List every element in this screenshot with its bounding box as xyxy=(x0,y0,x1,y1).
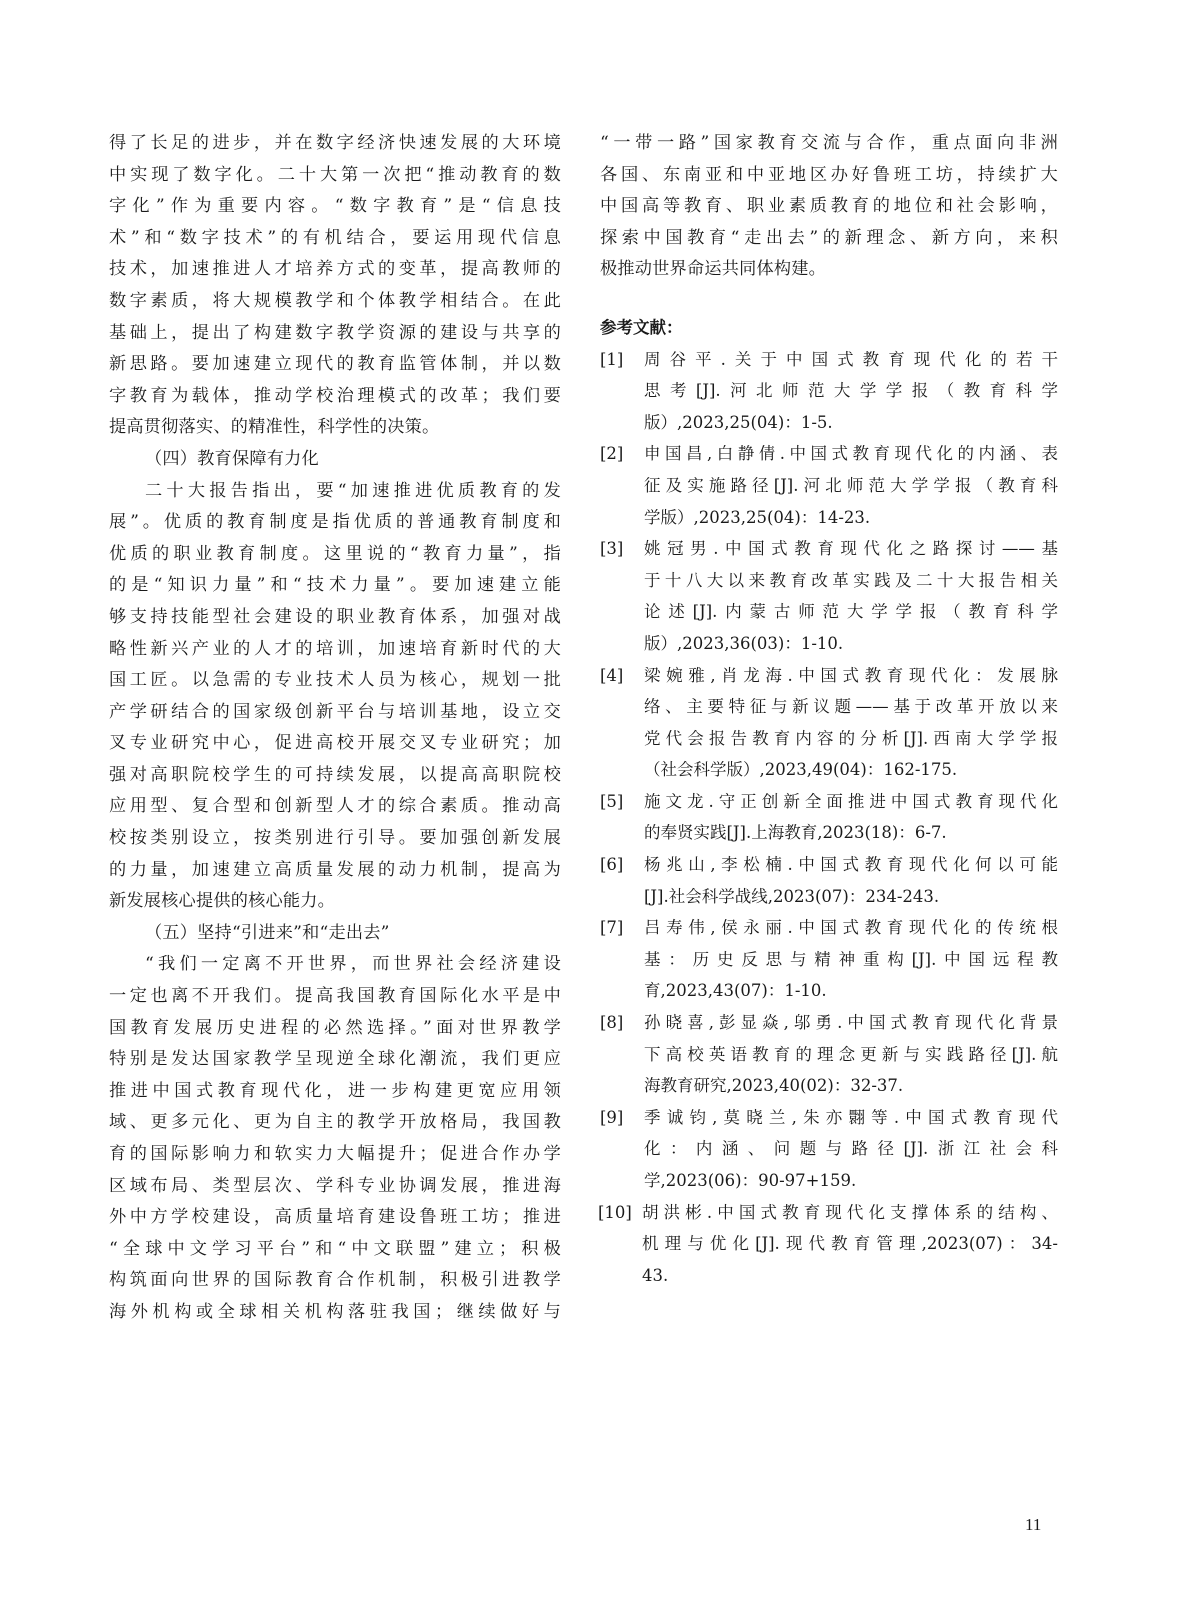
text-line: 的是“知识力量”和“技术力量”。要加速建立能 xyxy=(109,570,561,602)
reference-line: 的奉贤实践[J].上海教育,2023(18)：6-7. xyxy=(644,817,1058,849)
text-line: 探索中国教育“走出去”的新理念、新方向，来积 xyxy=(600,223,1058,255)
reference-number: [9] xyxy=(600,1102,644,1134)
reference-item: [8]孙晓喜,彭显焱,邬勇.中国式教育现代化背景下高校英语教育的理念更新与实践路… xyxy=(600,1007,1058,1102)
reference-line: 版）,2023,36(03)：1-10. xyxy=(644,628,1058,660)
text-line: 极推动世界命运共同体构建。 xyxy=(600,254,1058,286)
reference-number: [2] xyxy=(600,438,644,470)
reference-line: 学,2023(06)：90-97+159. xyxy=(644,1165,1058,1197)
reference-line: 版）,2023,25(04)：1-5. xyxy=(644,407,1058,439)
reference-line: 论述[J].内蒙古师范大学学报（教育科学 xyxy=(644,596,1058,628)
reference-line: 梁婉雅,肖龙海.中国式教育现代化：发展脉 xyxy=(644,660,1058,692)
text-line: 展”。优质的教育制度是指优质的普通教育制度和 xyxy=(109,507,561,539)
text-line: 字化”作为重要内容。“数字教育”是“信息技 xyxy=(109,191,561,223)
text-line: “一带一路”国家教育交流与合作，重点面向非洲 xyxy=(600,128,1058,160)
reference-line: 于十八大以来教育改革实践及二十大报告相关 xyxy=(644,565,1058,597)
reference-line: 征及实施路径[J].河北师范大学学报（教育科 xyxy=(644,470,1058,502)
section-heading: （五）坚持“引进来”和“走出去” xyxy=(109,918,561,950)
text-line: “我们一定离不开世界，而世界社会经济建设 xyxy=(109,949,561,981)
reference-item: [5]施文龙.守正创新全面推进中国式教育现代化的奉贤实践[J].上海教育,202… xyxy=(600,786,1058,849)
reference-item: [1]周谷平.关于中国式教育现代化的若干思考[J].河北师范大学学报（教育科学版… xyxy=(600,344,1058,439)
reference-line: 机理与优化[J].现代教育管理,2023(07)：34- xyxy=(642,1228,1058,1260)
reference-number: [3] xyxy=(600,533,644,565)
reference-item: [9]季诚钧,莫晓兰,朱亦翾等.中国式教育现代化：内涵、问题与路径[J].浙江社… xyxy=(600,1102,1058,1197)
reference-text: 施文龙.守正创新全面推进中国式教育现代化的奉贤实践[J].上海教育,2023(1… xyxy=(644,786,1058,849)
reference-item: [7]吕寿伟,侯永丽.中国式教育现代化的传统根基：历史反思与精神重构[J].中国… xyxy=(600,912,1058,1007)
text-line: 育的国际影响力和软实力大幅提升；促进合作办学 xyxy=(109,1139,561,1171)
text-line: 中实现了数字化。二十大第一次把“推动教育的数 xyxy=(109,160,561,192)
text-line: 优质的职业教育制度。这里说的“教育力量”，指 xyxy=(109,539,561,571)
right-column-body: “一带一路”国家教育交流与合作，重点面向非洲各国、东南亚和中亚地区办好鲁班工坊，… xyxy=(600,128,1058,286)
text-line: 强对高职院校学生的可持续发展，以提高高职院校 xyxy=(109,760,561,792)
reference-item: [2]申国昌,白静倩.中国式教育现代化的内涵、表征及实施路径[J].河北师范大学… xyxy=(600,438,1058,533)
reference-number: [4] xyxy=(600,660,644,692)
text-line: 数字素质，将大规模教学和个体教学相结合。在此 xyxy=(109,286,561,318)
text-line: 产学研结合的国家级创新平台与培训基地，设立交 xyxy=(109,697,561,729)
text-line: 够支持技能型社会建设的职业教育体系，加强对战 xyxy=(109,602,561,634)
references-title: 参考文献： xyxy=(600,312,1058,344)
text-line: 略性新兴产业的人才的培训，加速培育新时代的大 xyxy=(109,634,561,666)
reference-item: [6]杨兆山,李松楠.中国式教育现代化何以可能[J].社会科学战线,2023(0… xyxy=(600,849,1058,912)
reference-line: 络、主要特征与新议题——基于改革开放以来 xyxy=(644,691,1058,723)
text-line: 新思路。要加速建立现代的教育监管体制，并以数 xyxy=(109,349,561,381)
text-line: 一定也离不开我们。提高我国教育国际化水平是中 xyxy=(109,981,561,1013)
text-line: 构筑面向世界的国际教育合作机制，积极引进教学 xyxy=(109,1265,561,1297)
right-column: “一带一路”国家教育交流与合作，重点面向非洲各国、东南亚和中亚地区办好鲁班工坊，… xyxy=(600,128,1058,1291)
reference-number: [10] xyxy=(598,1197,642,1229)
reference-text: 杨兆山,李松楠.中国式教育现代化何以可能[J].社会科学战线,2023(07)：… xyxy=(644,849,1058,912)
reference-number: [5] xyxy=(600,786,644,818)
left-column: 得了长足的进步，并在数字经济快速发展的大环境中实现了数字化。二十大第一次把“推动… xyxy=(109,128,561,1329)
text-line: 应用型、复合型和创新型人才的综合素质。推动高 xyxy=(109,791,561,823)
reference-line: 海教育研究,2023,40(02)：32-37. xyxy=(644,1070,1058,1102)
text-line: 海外机构或全球相关机构落驻我国；继续做好与 xyxy=(109,1297,561,1329)
reference-line: 吕寿伟,侯永丽.中国式教育现代化的传统根 xyxy=(644,912,1058,944)
reference-text: 季诚钧,莫晓兰,朱亦翾等.中国式教育现代化：内涵、问题与路径[J].浙江社会科学… xyxy=(644,1102,1058,1197)
reference-line: 下高校英语教育的理念更新与实践路径[J].航 xyxy=(644,1039,1058,1071)
text-line: 新发展核心提供的核心能力。 xyxy=(109,886,561,918)
reference-line: 杨兆山,李松楠.中国式教育现代化何以可能 xyxy=(644,849,1058,881)
reference-item: [10]胡洪彬.中国式教育现代化支撑体系的结构、机理与优化[J].现代教育管理,… xyxy=(600,1197,1058,1292)
reference-line: 施文龙.守正创新全面推进中国式教育现代化 xyxy=(644,786,1058,818)
text-line: 的力量，加速建立高质量发展的动力机制，提高为 xyxy=(109,855,561,887)
text-line: 提高贯彻落实、的精准性，科学性的决策。 xyxy=(109,412,561,444)
reference-text: 孙晓喜,彭显焱,邬勇.中国式教育现代化背景下高校英语教育的理念更新与实践路径[J… xyxy=(644,1007,1058,1102)
reference-text: 梁婉雅,肖龙海.中国式教育现代化：发展脉络、主要特征与新议题——基于改革开放以来… xyxy=(644,660,1058,786)
references-list: [1]周谷平.关于中国式教育现代化的若干思考[J].河北师范大学学报（教育科学版… xyxy=(600,344,1058,1292)
text-line: 区域布局、类型层次、学科专业协调发展，推进海 xyxy=(109,1171,561,1203)
text-line: 字教育为载体，推动学校治理模式的改革；我们要 xyxy=(109,381,561,413)
reference-line: 基：历史反思与精神重构[J].中国远程教 xyxy=(644,944,1058,976)
reference-line: 周谷平.关于中国式教育现代化的若干 xyxy=(644,344,1058,376)
text-line: 术”和“数字技术”的有机结合，要运用现代信息 xyxy=(109,223,561,255)
text-line: 得了长足的进步，并在数字经济快速发展的大环境 xyxy=(109,128,561,160)
text-line: 国教育发展历史进程的必然选择。”面对世界教学 xyxy=(109,1013,561,1045)
reference-text: 吕寿伟,侯永丽.中国式教育现代化的传统根基：历史反思与精神重构[J].中国远程教… xyxy=(644,912,1058,1007)
text-line: 特别是发达国家教学呈现逆全球化潮流，我们更应 xyxy=(109,1044,561,1076)
reference-line: 姚冠男.中国式教育现代化之路探讨——基 xyxy=(644,533,1058,565)
text-line: 叉专业研究中心，促进高校开展交叉专业研究；加 xyxy=(109,728,561,760)
reference-line: 育,2023,43(07)：1-10. xyxy=(644,975,1058,1007)
reference-text: 姚冠男.中国式教育现代化之路探讨——基于十八大以来教育改革实践及二十大报告相关论… xyxy=(644,533,1058,659)
text-line: 技术，加速推进人才培养方式的变革，提高教师的 xyxy=(109,254,561,286)
reference-line: 孙晓喜,彭显焱,邬勇.中国式教育现代化背景 xyxy=(644,1007,1058,1039)
text-line: 二十大报告指出，要“加速推进优质教育的发 xyxy=(109,476,561,508)
reference-item: [4]梁婉雅,肖龙海.中国式教育现代化：发展脉络、主要特征与新议题——基于改革开… xyxy=(600,660,1058,786)
reference-line: （社会科学版）,2023,49(04)：162-175. xyxy=(644,754,1058,786)
reference-line: 季诚钧,莫晓兰,朱亦翾等.中国式教育现代 xyxy=(644,1102,1058,1134)
reference-text: 周谷平.关于中国式教育现代化的若干思考[J].河北师范大学学报（教育科学版）,2… xyxy=(644,344,1058,439)
reference-line: 胡洪彬.中国式教育现代化支撑体系的结构、 xyxy=(642,1197,1058,1229)
reference-text: 胡洪彬.中国式教育现代化支撑体系的结构、机理与优化[J].现代教育管理,2023… xyxy=(642,1197,1058,1292)
reference-line: 申国昌,白静倩.中国式教育现代化的内涵、表 xyxy=(644,438,1058,470)
section-heading: （四）教育保障有力化 xyxy=(109,444,561,476)
reference-item: [3]姚冠男.中国式教育现代化之路探讨——基于十八大以来教育改革实践及二十大报告… xyxy=(600,533,1058,659)
reference-number: [6] xyxy=(600,849,644,881)
reference-line: 43. xyxy=(642,1260,1058,1292)
reference-number: [1] xyxy=(600,344,644,376)
text-line: 校按类别设立，按类别进行引导。要加强创新发展 xyxy=(109,823,561,855)
text-line: 国工匠。以急需的专业技术人员为核心，规划一批 xyxy=(109,665,561,697)
text-line: 基础上，提出了构建数字教学资源的建设与共享的 xyxy=(109,318,561,350)
text-line: “全球中文学习平台”和“中文联盟”建立；积极 xyxy=(109,1234,561,1266)
reference-line: 学版）,2023,25(04)：14-23. xyxy=(644,502,1058,534)
text-line: 推进中国式教育现代化，进一步构建更宽应用领 xyxy=(109,1076,561,1108)
page-number: 11 xyxy=(1025,1515,1041,1535)
reference-number: [8] xyxy=(600,1007,644,1039)
reference-number: [7] xyxy=(600,912,644,944)
text-line: 域、更多元化、更为自主的教学开放格局，我国教 xyxy=(109,1107,561,1139)
reference-line: 化：内涵、问题与路径[J].浙江社会科 xyxy=(644,1133,1058,1165)
reference-line: [J].社会科学战线,2023(07)：234-243. xyxy=(644,881,1058,913)
reference-text: 申国昌,白静倩.中国式教育现代化的内涵、表征及实施路径[J].河北师范大学学报（… xyxy=(644,438,1058,533)
text-line: 各国、东南亚和中亚地区办好鲁班工坊，持续扩大 xyxy=(600,160,1058,192)
reference-line: 思考[J].河北师范大学学报（教育科学 xyxy=(644,375,1058,407)
text-line: 外中方学校建设，高质量培育建设鲁班工坊；推进 xyxy=(109,1202,561,1234)
text-line: 中国高等教育、职业素质教育的地位和社会影响， xyxy=(600,191,1058,223)
reference-line: 党代会报告教育内容的分析[J].西南大学学报 xyxy=(644,723,1058,755)
